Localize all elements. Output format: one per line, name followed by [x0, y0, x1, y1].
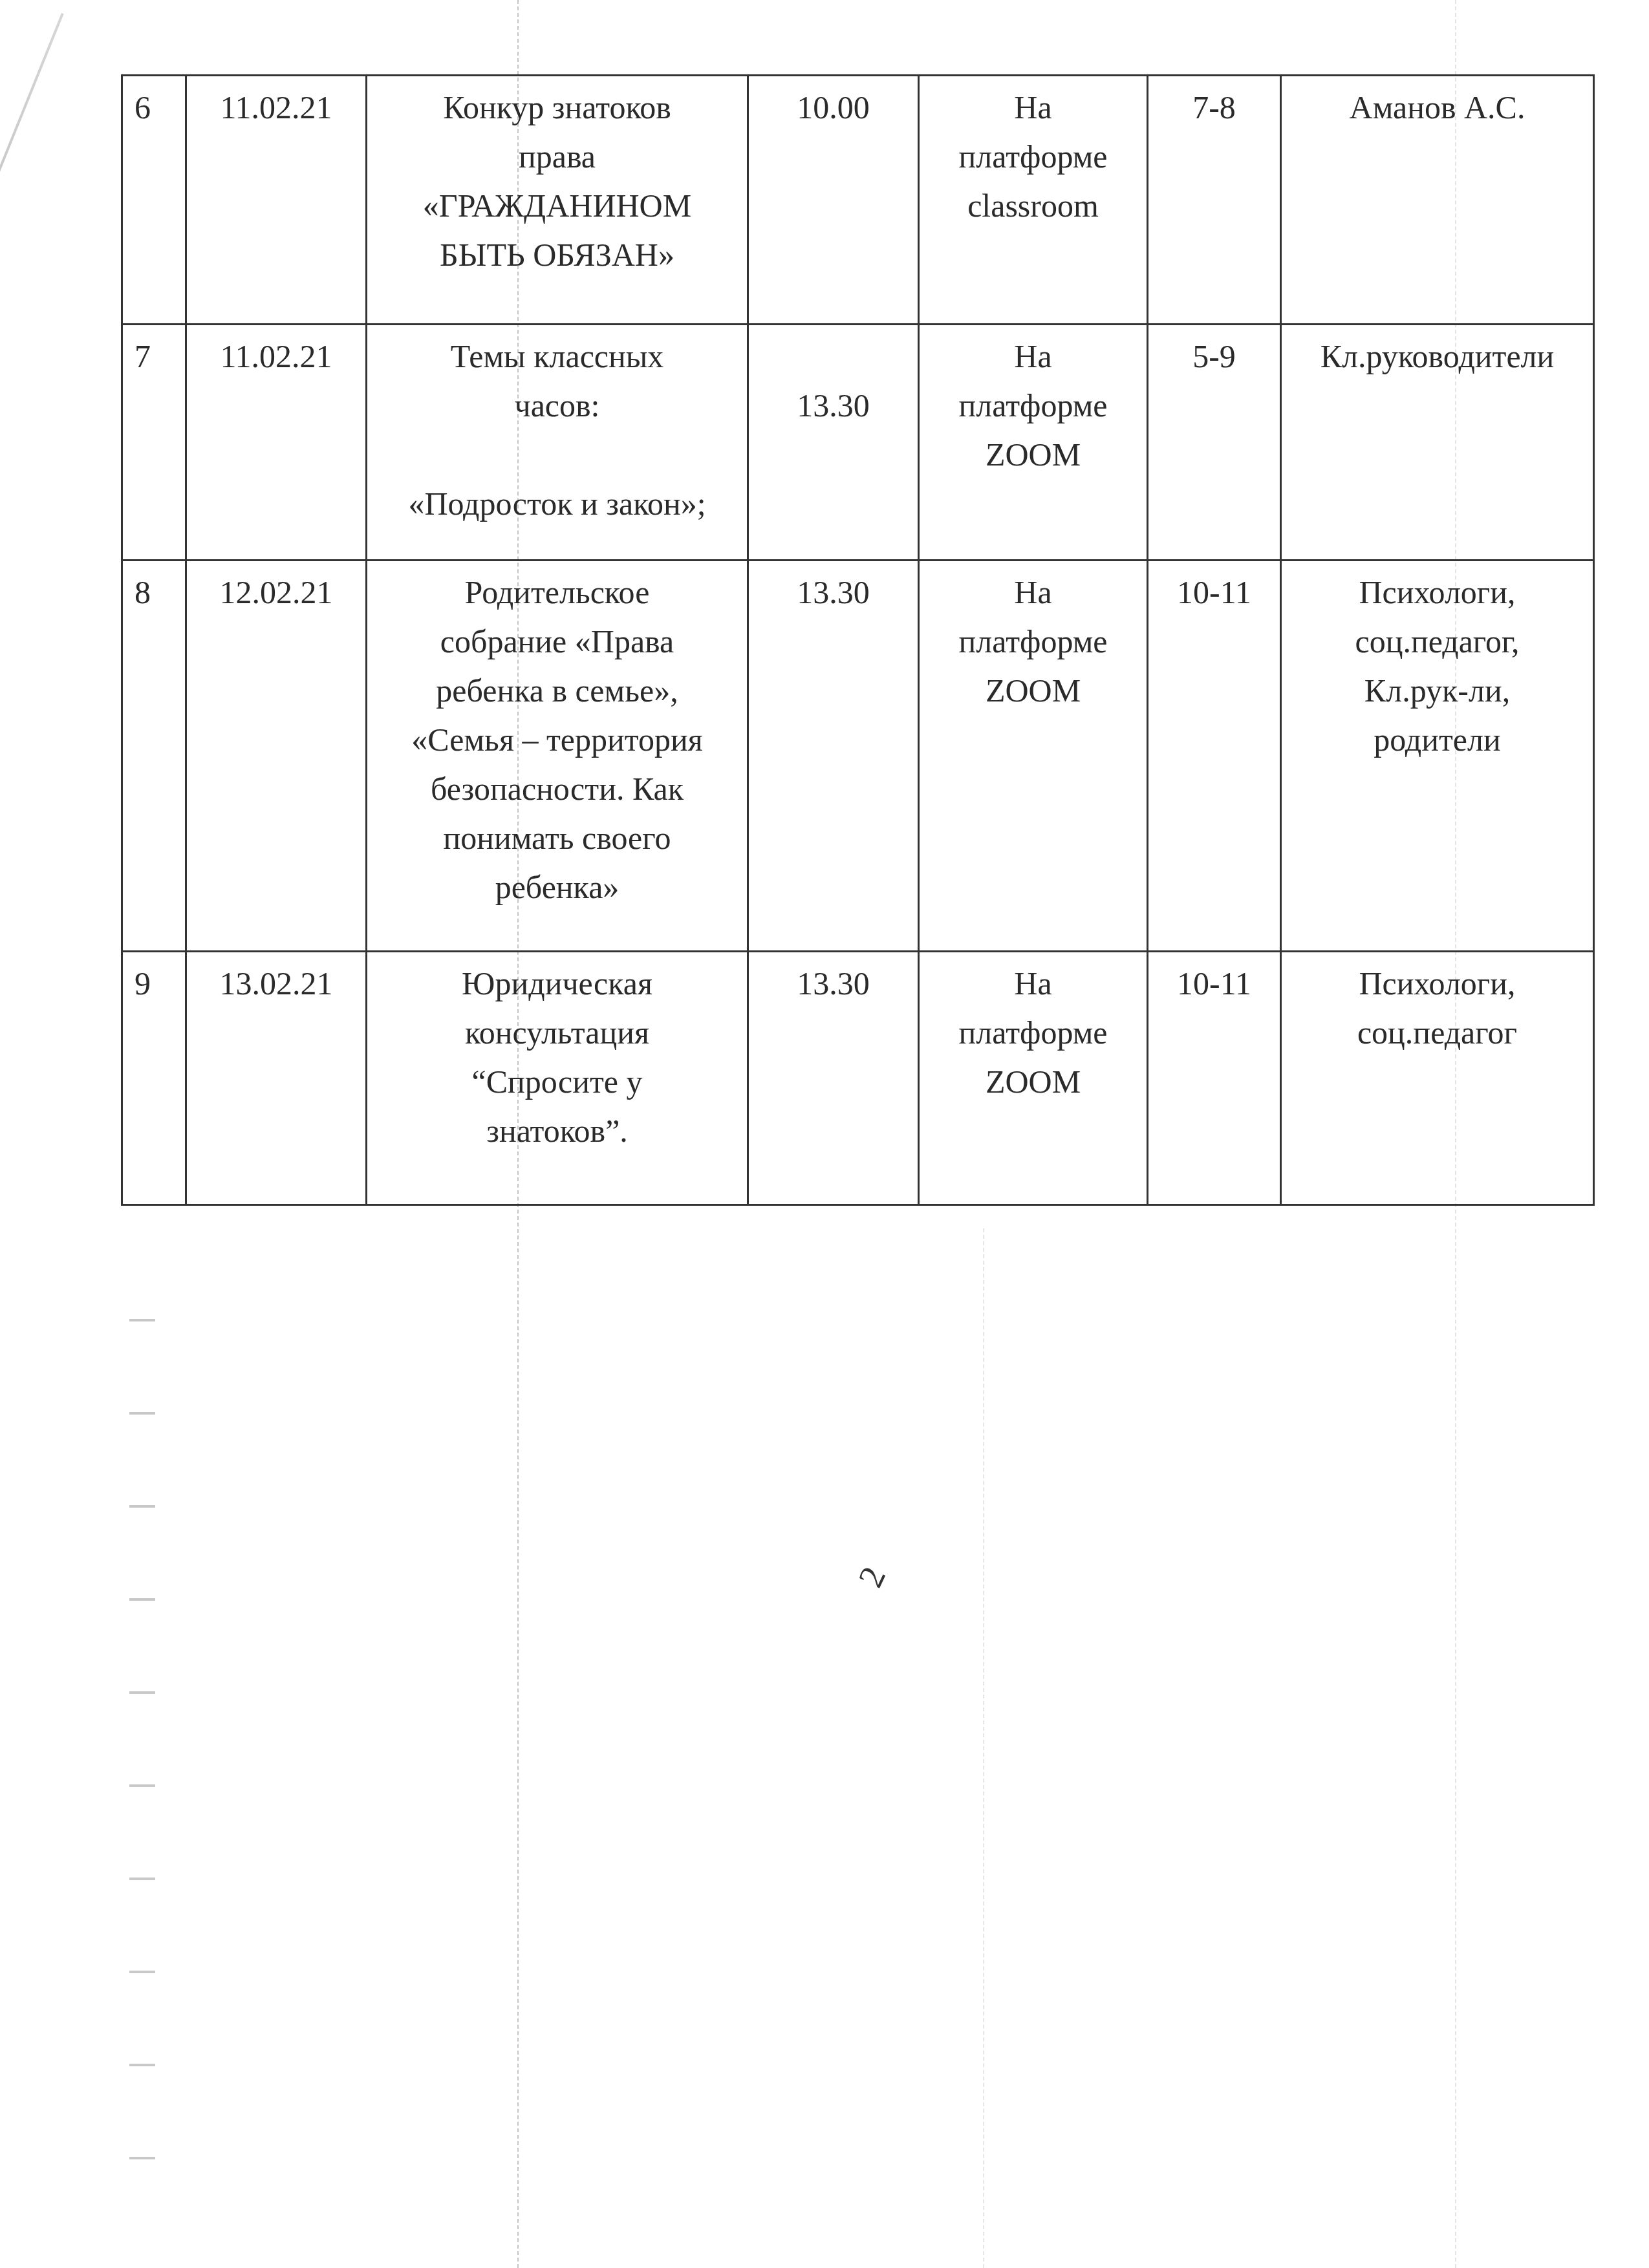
event-place: На платформе ZOOM — [919, 952, 1148, 1205]
event-grades: 5-9 — [1148, 325, 1281, 561]
row-number: 6 — [122, 76, 186, 325]
event-place: На платформе ZOOM — [919, 561, 1148, 952]
event-title: Родительское собрание «Права ребенка в с… — [367, 561, 748, 952]
table-row: 7 11.02.21 Темы классных часов: «Подрост… — [122, 325, 1594, 561]
event-date: 12.02.21 — [186, 561, 367, 952]
event-grades: 10-11 — [1148, 952, 1281, 1205]
event-time: 13.30 — [748, 561, 919, 952]
event-title: Конкур знатоков права «ГРАЖДАНИНОМ БЫТЬ … — [367, 76, 748, 325]
event-place: На платформе ZOOM — [919, 325, 1148, 561]
row-number: 8 — [122, 561, 186, 952]
event-grades: 10-11 — [1148, 561, 1281, 952]
event-responsible: Психологи, соц.педагог, Кл.рук-ли, родит… — [1281, 561, 1594, 952]
event-time: 10.00 — [748, 76, 919, 325]
row-number: 9 — [122, 952, 186, 1205]
event-date: 13.02.21 — [186, 952, 367, 1205]
events-table: 6 11.02.21 Конкур знатоков права «ГРАЖДА… — [121, 74, 1595, 1206]
event-grades: 7-8 — [1148, 76, 1281, 325]
event-title: Юридическая консультация “Спросите у зна… — [367, 952, 748, 1205]
event-date: 11.02.21 — [186, 76, 367, 325]
row-number: 7 — [122, 325, 186, 561]
event-date: 11.02.21 — [186, 325, 367, 561]
scan-edge-mark — [0, 13, 64, 266]
table-row: 9 13.02.21 Юридическая консультация “Спр… — [122, 952, 1594, 1205]
scan-artifact-line — [983, 1228, 984, 2268]
event-responsible: Психологи, соц.педагог — [1281, 952, 1594, 1205]
table-row: 8 12.02.21 Родительское собрание «Права … — [122, 561, 1594, 952]
event-responsible: Кл.руководители — [1281, 325, 1594, 561]
event-time: 13.30 — [748, 325, 919, 561]
event-place: На платформе classroom — [919, 76, 1148, 325]
scan-artifact-ticks — [129, 1228, 155, 2198]
event-time: 13.30 — [748, 952, 919, 1205]
event-title: Темы классных часов: «Подросток и закон»… — [367, 325, 748, 561]
page-number: 2 — [850, 1561, 894, 1594]
event-responsible: Аманов А.С. — [1281, 76, 1594, 325]
table-row: 6 11.02.21 Конкур знатоков права «ГРАЖДА… — [122, 76, 1594, 325]
